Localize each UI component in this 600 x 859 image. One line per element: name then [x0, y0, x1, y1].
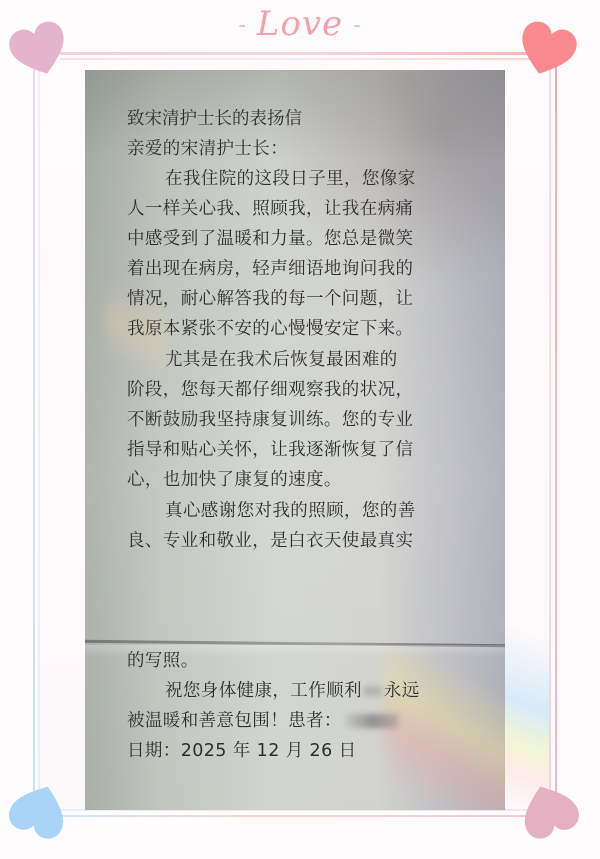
paragraph-line: 人一样关心我、照顾我，让我在病痛: [127, 194, 442, 224]
paragraph-3: 真心感谢您对我的照顾，您的善 良、专业和敬业，是白衣天使最真实: [127, 496, 442, 556]
paragraph-line: 中感受到了温暖和力量。您总是微笑: [127, 224, 442, 254]
paragraph-2: 尤其是在我术后恢复最困难的 阶段，您每天都仔细观察我的状况， 不断鼓励我坚持康复…: [127, 345, 442, 495]
letter-date: 日期：2025 年 12 月 26 日: [127, 736, 467, 766]
paragraph-line: 良、专业和敬业，是白衣天使最真实: [127, 526, 442, 556]
frame-border-bottom: [55, 815, 550, 817]
paragraph-line: 我原本紧张不安的心慢慢安定下来。: [127, 314, 442, 344]
closing-wish-text: 祝您身体健康，工作顺利: [165, 681, 362, 701]
frame-title: -Love-: [0, 2, 600, 48]
frame-border-top: [60, 52, 550, 55]
paragraph-line: 情况，耐心解答我的每一个问题，让: [127, 284, 442, 314]
paragraph-line: 阶段，您每天都仔细观察我的状况，: [127, 375, 442, 405]
paragraph-1: 在我住院的这段日子里，您像家 人一样关心我、照顾我，让我在病痛 中感受到了温暖和…: [127, 164, 442, 344]
frame-border-left: [33, 55, 35, 815]
blurred-punctuation: [364, 686, 382, 696]
paragraph-line: 在我住院的这段日子里，您像家: [127, 164, 442, 194]
blurred-patient-name: [346, 714, 398, 728]
letter-salutation: 亲爱的宋清护士长：: [127, 134, 442, 164]
title-dash-right: -: [353, 13, 361, 38]
title-dash-left: -: [238, 13, 246, 38]
love-title-text: Love: [257, 4, 343, 44]
letter-title: 致宋清护士长的表扬信: [127, 104, 442, 134]
paragraph-line: 不断鼓励我坚持康复训练。您的专业: [127, 405, 442, 435]
paragraph-line: 真心感谢您对我的照顾，您的善: [127, 496, 442, 526]
paragraph-line: 心，也加快了康复的速度。: [127, 465, 442, 495]
patient-label: 被温暖和善意包围！患者：: [127, 711, 342, 731]
paragraph-line: 着出现在病房，轻声细语地询问我的: [127, 254, 442, 284]
closing-wish-end: 永远: [384, 681, 420, 701]
paragraph-line: 尤其是在我术后恢复最困难的: [127, 345, 442, 375]
paragraph-line: 指导和贴心关怀，让我逐渐恢复了信: [127, 435, 442, 465]
closing-line-1: 祝您身体健康，工作顺利永远: [127, 676, 467, 706]
closing-line-2: 被温暖和善意包围！患者：: [127, 706, 467, 736]
letter-photo: 致宋清护士长的表扬信 亲爱的宋清护士长： 在我住院的这段日子里，您像家 人一样关…: [85, 70, 505, 810]
paragraph-3-continued: 的写照。: [127, 646, 467, 676]
letter-closing: 的写照。 祝您身体健康，工作顺利永远 被温暖和善意包围！患者： 日期：2025 …: [127, 646, 467, 766]
photo-frame-canvas: -Love- 致宋清护士长的表扬信 亲爱的宋清护士长： 在我住院的这段日子里，您…: [0, 0, 600, 859]
frame-border-right: [555, 55, 557, 815]
letter-body: 致宋清护士长的表扬信 亲爱的宋清护士长： 在我住院的这段日子里，您像家 人一样关…: [127, 104, 442, 556]
